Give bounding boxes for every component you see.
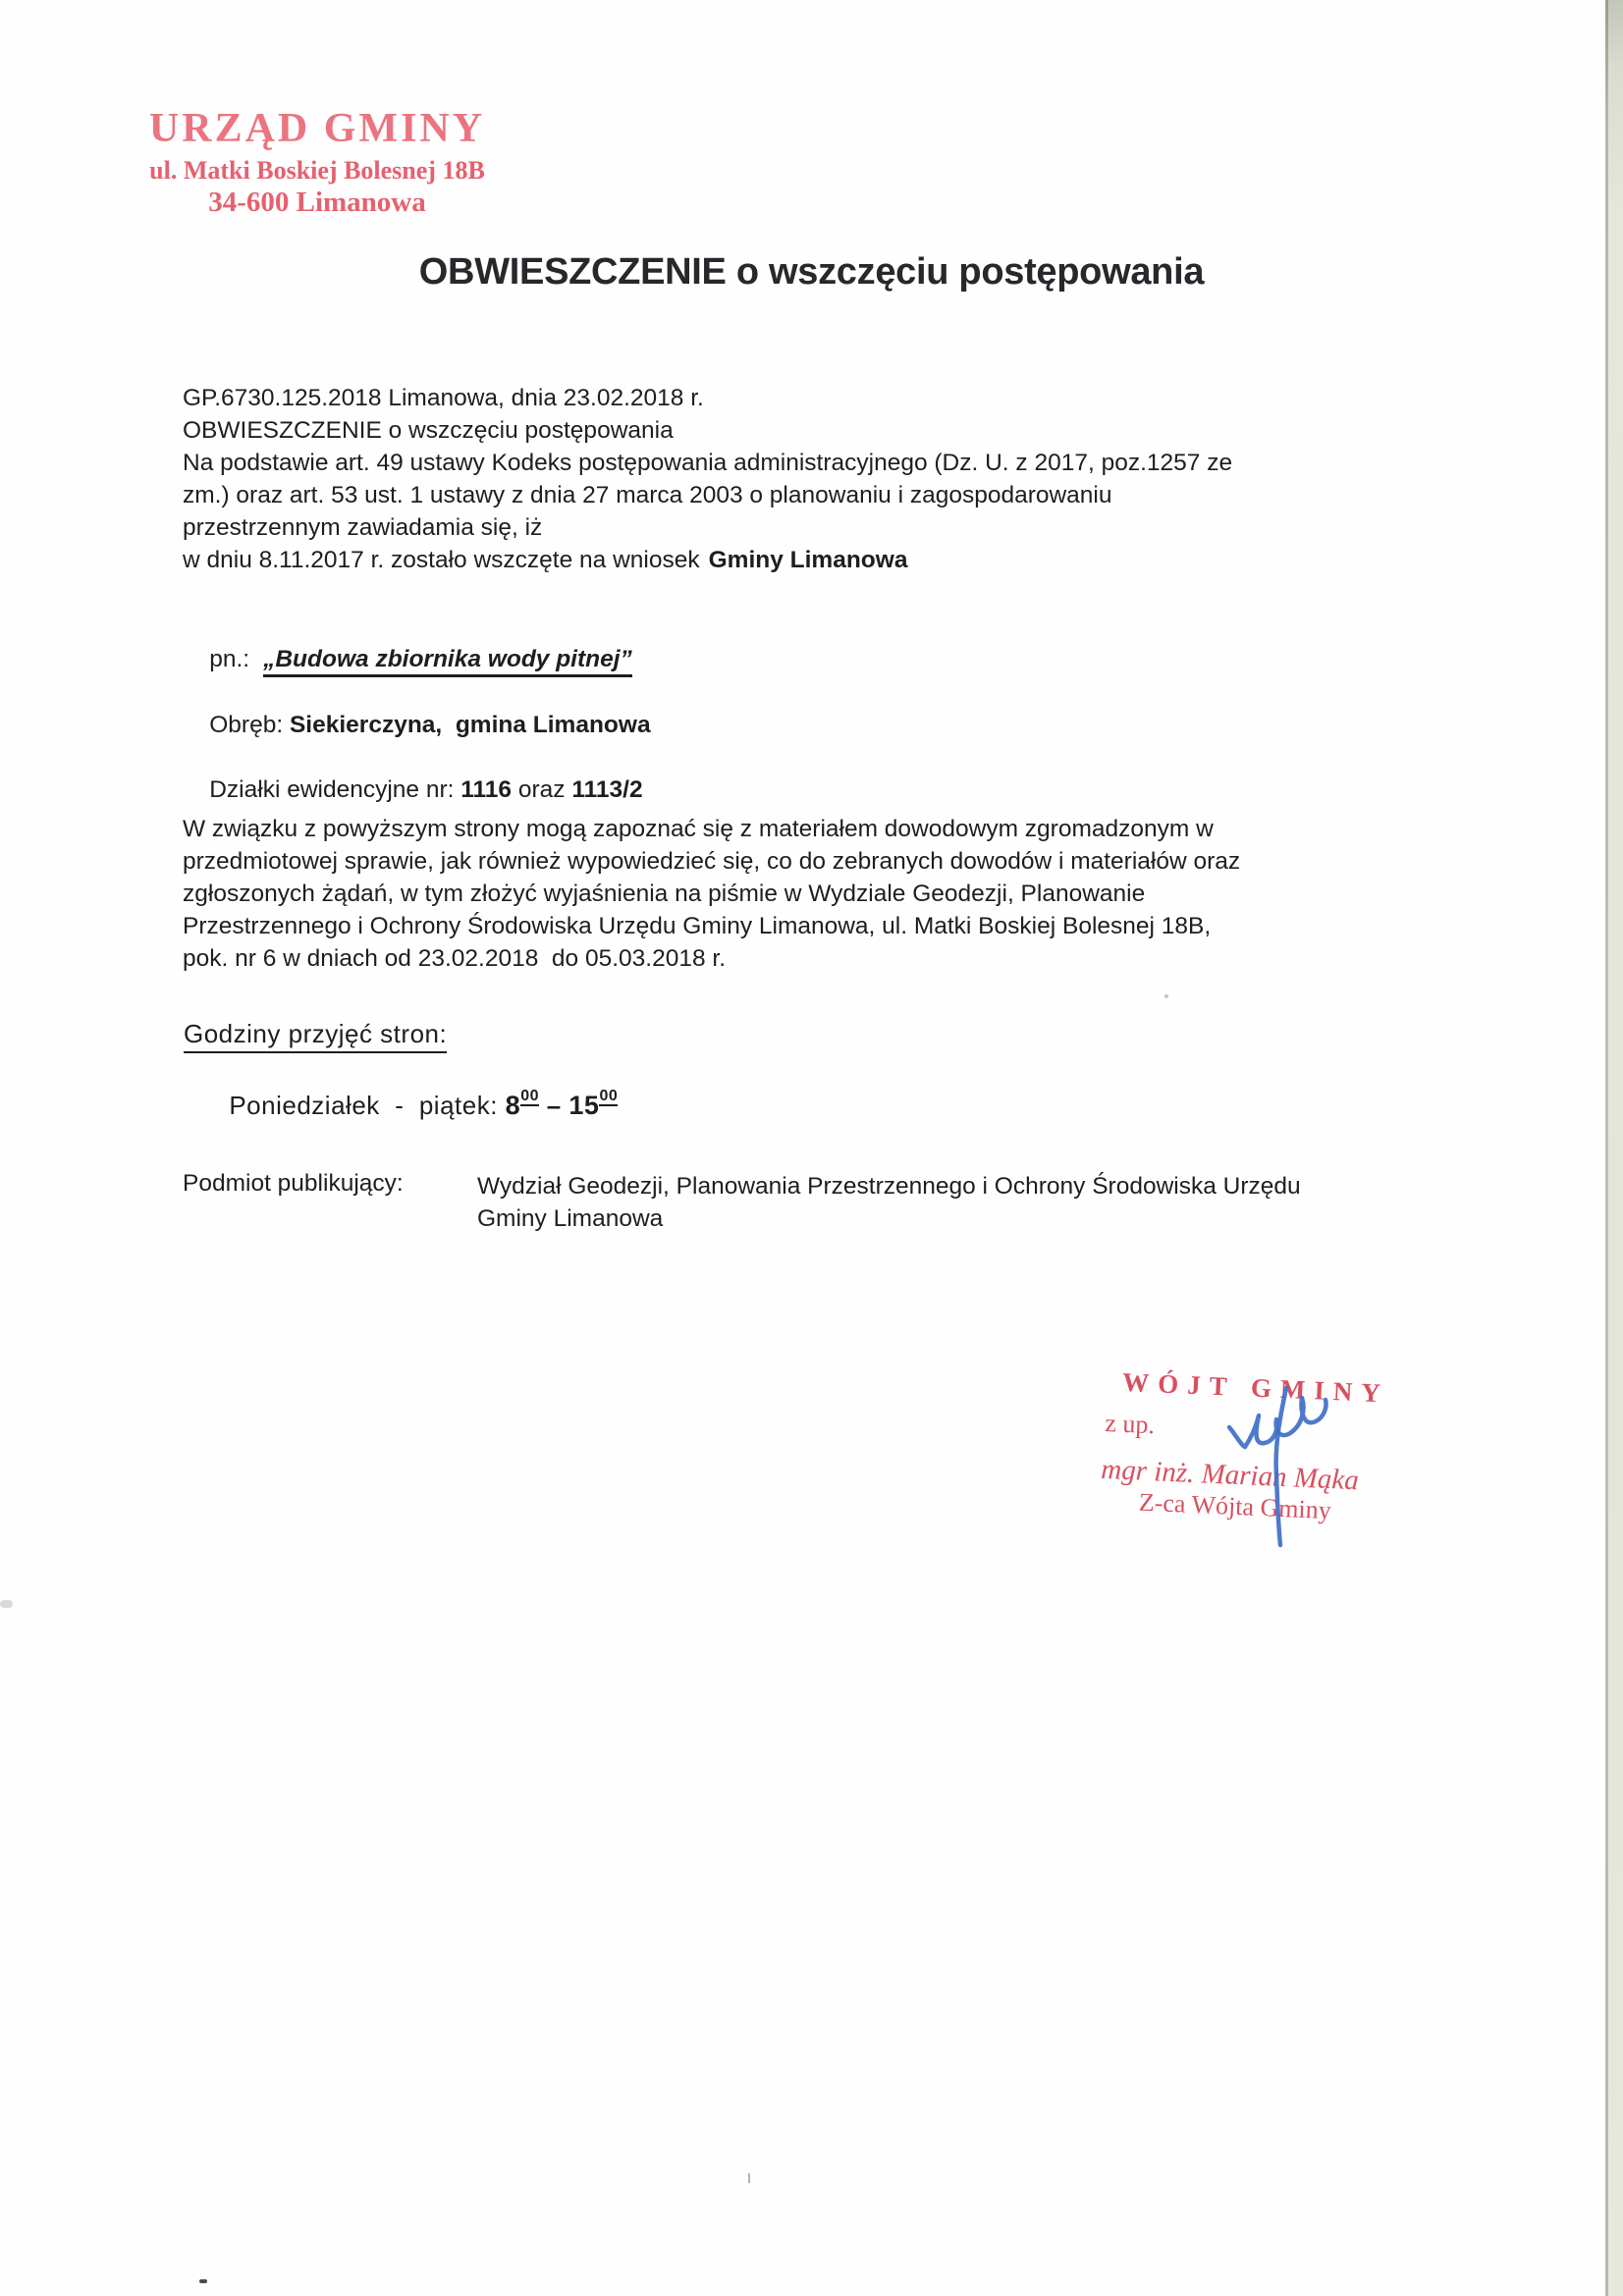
area-label: Obręb: xyxy=(209,712,283,738)
subtitle-line: OBWIESZCZENIE o wszczęciu postępowania xyxy=(183,414,1232,447)
publisher-line: Wydział Geodezji, Planowania Przestrzenn… xyxy=(477,1170,1301,1202)
sender-stamp-address: ul. Matki Boskiej Bolesnej 18B xyxy=(131,156,504,186)
information-paragraph: W związku z powyższym strony mogą zapozn… xyxy=(183,813,1240,975)
scan-speck xyxy=(199,2279,207,2283)
scan-smudge xyxy=(0,1600,13,1608)
parcels-label: Działki ewidencyjne nr: xyxy=(209,776,454,803)
document-title: OBWIESZCZENIE o wszczęciu postępowania xyxy=(0,251,1623,294)
handwritten-signature xyxy=(1216,1374,1343,1556)
scan-speck xyxy=(1164,994,1168,998)
info-line: przedmiotowej sprawie, jak również wypow… xyxy=(183,845,1240,878)
publisher-value: Wydział Geodezji, Planowania Przestrzenn… xyxy=(477,1170,1301,1235)
reference-line: GP.6730.125.2018 Limanowa, dnia 23.02.20… xyxy=(183,382,1232,414)
office-hours-line: Poniedziałek - piątek: 800 – 1500 xyxy=(184,1060,618,1151)
info-line: pok. nr 6 w dniach od 23.02.2018 do 05.0… xyxy=(183,942,1240,975)
hour-from: 8 xyxy=(506,1091,521,1120)
area-value: Siekierczyna, gmina Limanowa xyxy=(290,712,651,738)
sender-stamp: URZĄD GMINY ul. Matki Boskiej Bolesnej 1… xyxy=(131,106,504,218)
request-prefix: w dniu 8.11.2017 r. zostało wszczęte na … xyxy=(183,547,700,573)
hour-to: 15 xyxy=(568,1091,599,1120)
publisher-line: Gminy Limanowa xyxy=(477,1202,1301,1235)
parcel-number: 1113/2 xyxy=(571,776,642,803)
hour-to-minutes: 00 xyxy=(599,1090,618,1106)
parcels-conjunction: oraz xyxy=(518,776,566,803)
office-hours-heading: Godziny przyjęć stron: xyxy=(184,1019,447,1053)
sender-stamp-postal: 34-600 Limanowa xyxy=(131,187,504,218)
scanned-document-page: URZĄD GMINY ul. Matki Boskiej Bolesnej 1… xyxy=(0,0,1623,2296)
applicant-name: Gminy Limanowa xyxy=(709,547,908,573)
intro-paragraph: GP.6730.125.2018 Limanowa, dnia 23.02.20… xyxy=(183,382,1232,576)
request-line: w dniu 8.11.2017 r. zostało wszczęte na … xyxy=(183,544,1232,576)
info-line: Przestrzennego i Ochrony Środowiska Urzę… xyxy=(183,910,1240,942)
hours-separator: – xyxy=(539,1091,568,1120)
project-name: „Budowa zbiornika wody pitnej” xyxy=(263,646,632,677)
hour-from-minutes: 00 xyxy=(520,1090,539,1106)
info-line: W związku z powyższym strony mogą zapozn… xyxy=(183,813,1240,845)
legal-line: zm.) oraz art. 53 ust. 1 ustawy z dnia 2… xyxy=(183,479,1232,511)
publisher-label: Podmiot publikujący: xyxy=(183,1170,404,1198)
sender-stamp-name: URZĄD GMINY xyxy=(131,106,504,151)
info-line: zgłoszonych żądań, w tym złożyć wyjaśnie… xyxy=(183,878,1240,910)
scan-edge-strip xyxy=(1608,0,1623,2296)
office-hours-days: Poniedziałek - piątek: xyxy=(229,1091,505,1120)
scan-speck xyxy=(748,2173,750,2183)
project-label: pn.: xyxy=(209,646,249,672)
office-hours-section: Godziny przyjęć stron: Poniedziałek - pi… xyxy=(184,1019,618,1151)
legal-line: przestrzennym zawiadamia się, iż xyxy=(183,511,1232,544)
legal-line: Na podstawie art. 49 ustawy Kodeks postę… xyxy=(183,447,1232,479)
parcel-number: 1116 xyxy=(460,776,512,803)
